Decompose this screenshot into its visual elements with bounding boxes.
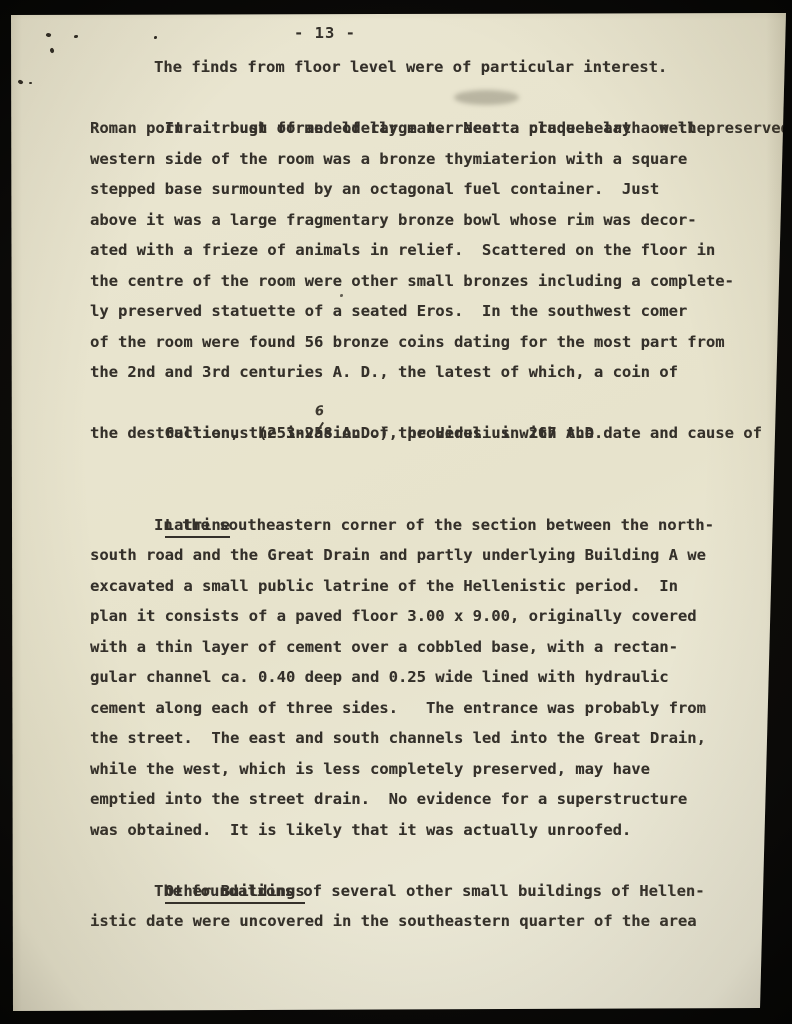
text-line: above it was a large fragmentary bronze … [90,205,750,236]
section-heading-latrine: Latrine [90,479,750,510]
text-line: istic date were uncovered in the southea… [90,906,750,937]
ink-speck [74,35,78,38]
text-line: Roman portrait bust of an elderly man. N… [90,113,750,144]
scan-background: - 13 - The finds from floor level were o… [0,0,792,1024]
text-line: the street. The east and south channels … [90,723,750,754]
text-line: In a trough formed of large terracotta p… [90,83,750,114]
text-line: while the west, which is less completely… [90,754,750,785]
page-content: The finds from floor level were of parti… [90,52,750,937]
ink-speck [29,82,32,84]
text-line: cement along each of three sides. The en… [90,693,750,724]
ink-speck [17,79,23,85]
section-heading-other-buildings: Other Buildings [90,845,750,876]
text-line: with a thin layer of cement over a cobbl… [90,632,750,663]
handwritten-correction: 6 [314,406,324,419]
text-line: western side of the room was a bronze th… [90,144,750,175]
ink-speck [49,47,55,53]
document-page: - 13 - The finds from floor level were o… [0,0,792,1024]
text-line-gallienus: Gallienus (253-2568 A.D.), provides us w… [90,388,750,419]
ink-smudge [454,90,519,105]
text-line: The finds from floor level were of parti… [90,52,750,83]
text-line: the 2nd and 3rd centuries A. D., the lat… [90,357,750,388]
text-line: excavated a small public latrine of the … [90,571,750,602]
text-line: of the room were found 56 bronze coins d… [90,327,750,358]
text-line: In the southeastern corner of the sectio… [90,510,750,541]
paragraph-gap [90,449,750,480]
text-line: emptied into the street drain. No eviden… [90,784,750,815]
text-line: the centre of the room were other small … [90,266,750,297]
text-line: plan it consists of a paved floor 3.00 x… [90,601,750,632]
text-line: stepped base surmounted by an octagonal … [90,174,750,205]
text-line: ly preserved statuette of a seated Eros.… [90,296,750,327]
ink-speck [45,32,51,37]
text-line: was obtained. It is likely that it was a… [90,815,750,846]
text-line: the destruction, the invasion of the Her… [90,418,750,449]
text-line: gular channel ca. 0.40 deep and 0.25 wid… [90,662,750,693]
text-line: The foundations of several other small b… [90,876,750,907]
ink-speck [154,36,157,39]
text-line: ated with a frieze of animals in relief.… [90,235,750,266]
text-line: south road and the Great Drain and partl… [90,540,750,571]
page-number: - 13 - [294,24,356,42]
